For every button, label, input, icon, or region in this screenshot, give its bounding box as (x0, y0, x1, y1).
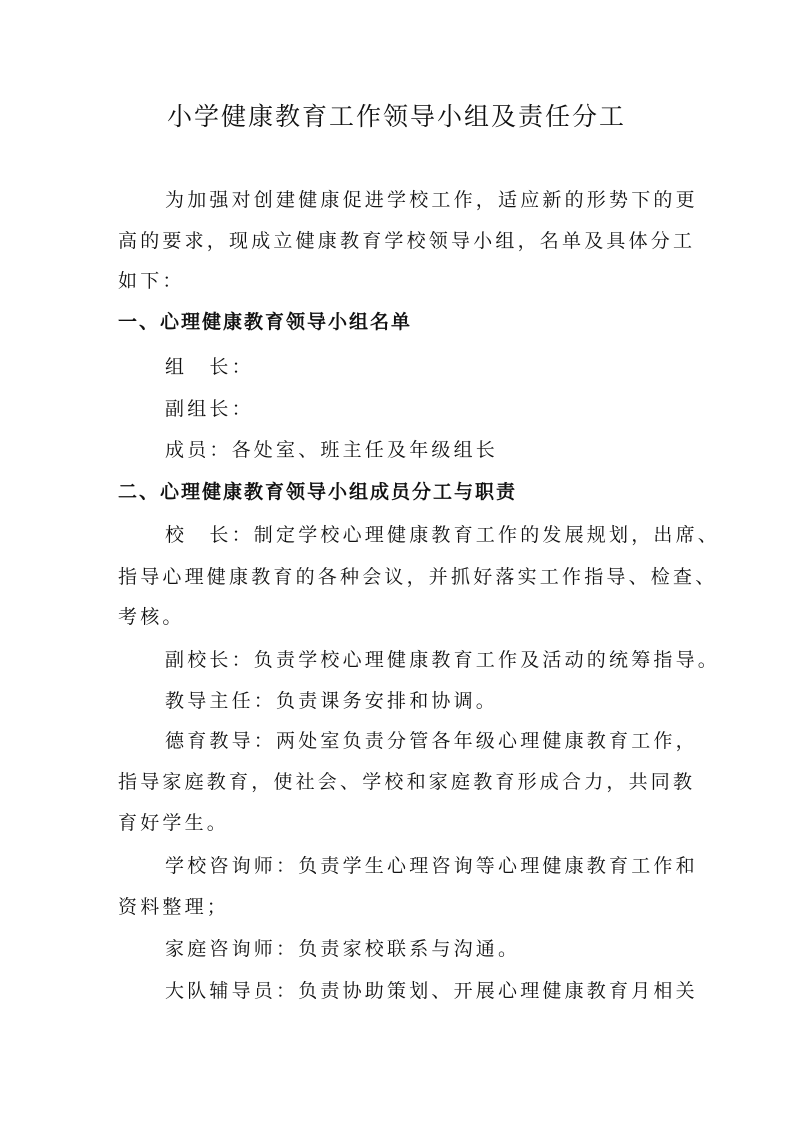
section1-heading: 一、心理健康教育领导小组名单 (118, 309, 412, 335)
vice-principal-duty: 副校长：负责学校心理健康教育工作及活动的统筹指导。 (165, 647, 720, 673)
academic-director-duty: 教导主任：负责课务安排和协调。 (165, 688, 498, 714)
school-counselor-duty-line-1: 学校咨询师：负责学生心理咨询等心理健康教育工作和 (165, 853, 698, 879)
intro-line-3: 如下： (118, 268, 185, 294)
deputy-leader-item: 副组长： (165, 396, 254, 422)
document-title: 小学健康教育工作领导小组及责任分工 (0, 100, 793, 134)
school-counselor-duty-line-2: 资料整理； (118, 894, 229, 920)
section2-heading: 二、心理健康教育领导小组成员分工与职责 (118, 479, 517, 505)
intro-line-1: 为加强对创建健康促进学校工作，适应新的形势下的更 (165, 187, 698, 213)
moral-education-duty-line-3: 育好学生。 (118, 810, 229, 836)
moral-education-duty-line-2: 指导家庭教育，使社会、学校和家庭教育形成合力，共同教 (118, 769, 695, 795)
leader-item: 组 长： (165, 354, 254, 380)
principal-duty-line-3: 考核。 (118, 604, 185, 630)
principal-duty-line-2: 指导心理健康教育的各种会议，并抓好落实工作指导、检查、 (118, 564, 717, 590)
intro-line-2: 高的要求，现成立健康教育学校领导小组，名单及具体分工 (118, 228, 695, 254)
family-counselor-duty: 家庭咨询师：负责家校联系与沟通。 (165, 936, 520, 962)
brigade-counselor-duty: 大队辅导员：负责协助策划、开展心理健康教育月相关 (165, 978, 698, 1004)
moral-education-duty-line-1: 德育教导：两处室负责分管各年级心理健康教育工作， (165, 728, 698, 754)
members-item: 成员：各处室、班主任及年级组长 (165, 437, 498, 463)
principal-duty-line-1: 校 长：制定学校心理健康教育工作的发展规划，出席、 (165, 522, 720, 548)
